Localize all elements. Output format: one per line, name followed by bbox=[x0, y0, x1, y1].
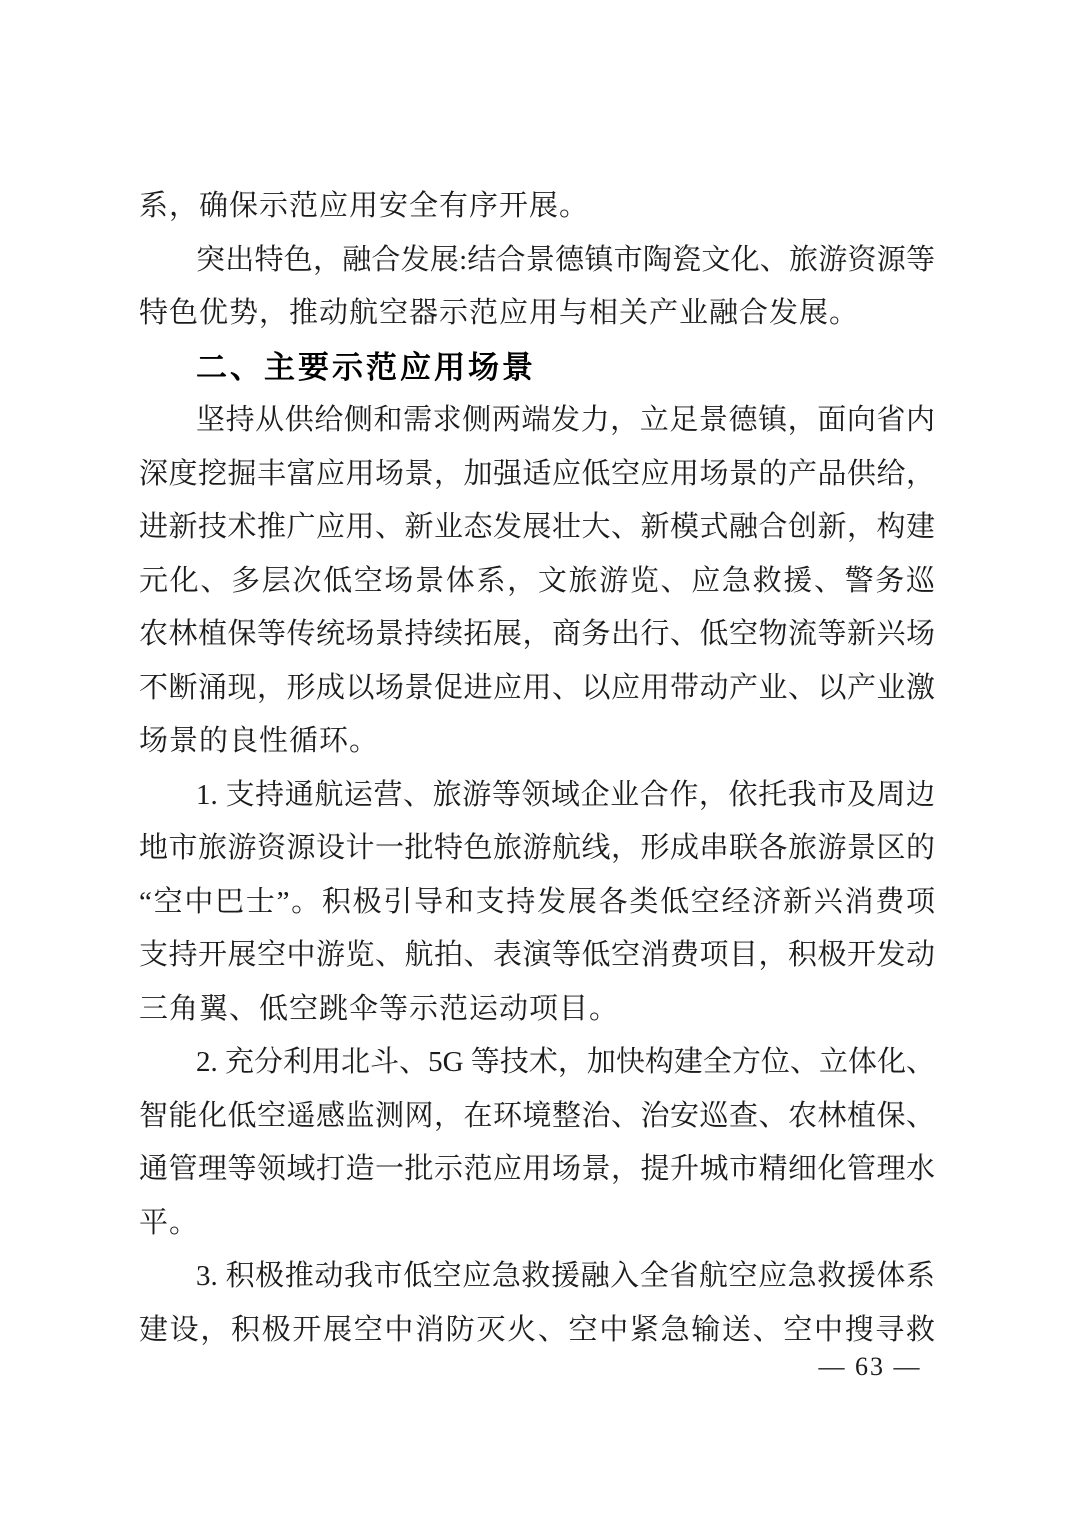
paragraph-line: 坚持从供给侧和需求侧两端发力，立足景德镇，面向省内外， bbox=[139, 394, 935, 448]
paragraph-line: “空中巴士”。积极引导和支持发展各类低空经济新兴消费项目， bbox=[139, 876, 935, 930]
page-number: — 63 — bbox=[780, 1352, 960, 1382]
paragraph-line: 支持开展空中游览、航拍、表演等低空消费项目，积极开发动力 bbox=[139, 929, 935, 983]
paragraph-line: 地市旅游资源设计一批特色旅游航线，形成串联各旅游景区的 bbox=[139, 822, 935, 876]
paragraph-line: 平。 bbox=[139, 1197, 935, 1251]
paragraph-line: 农林植保等传统场景持续拓展，商务出行、低空物流等新兴场景 bbox=[139, 608, 935, 662]
paragraph-line: 系，确保示范应用安全有序开展。 bbox=[139, 180, 935, 234]
paragraph-line: 深度挖掘丰富应用场景，加强适应低空应用场景的产品供给，促 bbox=[139, 448, 935, 502]
paragraph-line: 特色优势，推动航空器示范应用与相关产业融合发展。 bbox=[139, 287, 935, 341]
document-page: 系，确保示范应用安全有序开展。 突出特色，融合发展:结合景德镇市陶瓷文化、旅游资… bbox=[0, 0, 1074, 1520]
section-heading: 二、主要示范应用场景 bbox=[139, 341, 935, 395]
paragraph-line: 建设，积极开展空中消防灭火、空中紧急输送、空中搜寻救助、 bbox=[139, 1304, 935, 1358]
paragraph-line: 通管理等领域打造一批示范应用场景，提升城市精细化管理水 bbox=[139, 1143, 935, 1197]
numbered-item-line: 3. 积极推动我市低空应急救援融入全省航空应急救援体系 bbox=[139, 1250, 935, 1304]
paragraph-line: 进新技术推广应用、新业态发展壮大、新模式融合创新，构建多 bbox=[139, 501, 935, 555]
paragraph-line: 元化、多层次低空场景体系，文旅游览、应急救援、警务巡逻、 bbox=[139, 555, 935, 609]
numbered-item-line: 1. 支持通航运营、旅游等领域企业合作，依托我市及周边 bbox=[139, 769, 935, 823]
document-body: 系，确保示范应用安全有序开展。 突出特色，融合发展:结合景德镇市陶瓷文化、旅游资… bbox=[139, 180, 935, 1357]
paragraph-line: 三角翼、低空跳伞等示范运动项目。 bbox=[139, 983, 935, 1037]
numbered-item-line: 2. 充分利用北斗、5G 等技术，加快构建全方位、立体化、 bbox=[139, 1036, 935, 1090]
paragraph-line: 不断涌现，形成以场景促进应用、以应用带动产业、以产业激活 bbox=[139, 662, 935, 716]
paragraph-line: 智能化低空遥感监测网，在环境整治、治安巡查、农林植保、交 bbox=[139, 1090, 935, 1144]
paragraph-line: 突出特色，融合发展:结合景德镇市陶瓷文化、旅游资源等 bbox=[139, 234, 935, 288]
paragraph-line: 场景的良性循环。 bbox=[139, 715, 935, 769]
